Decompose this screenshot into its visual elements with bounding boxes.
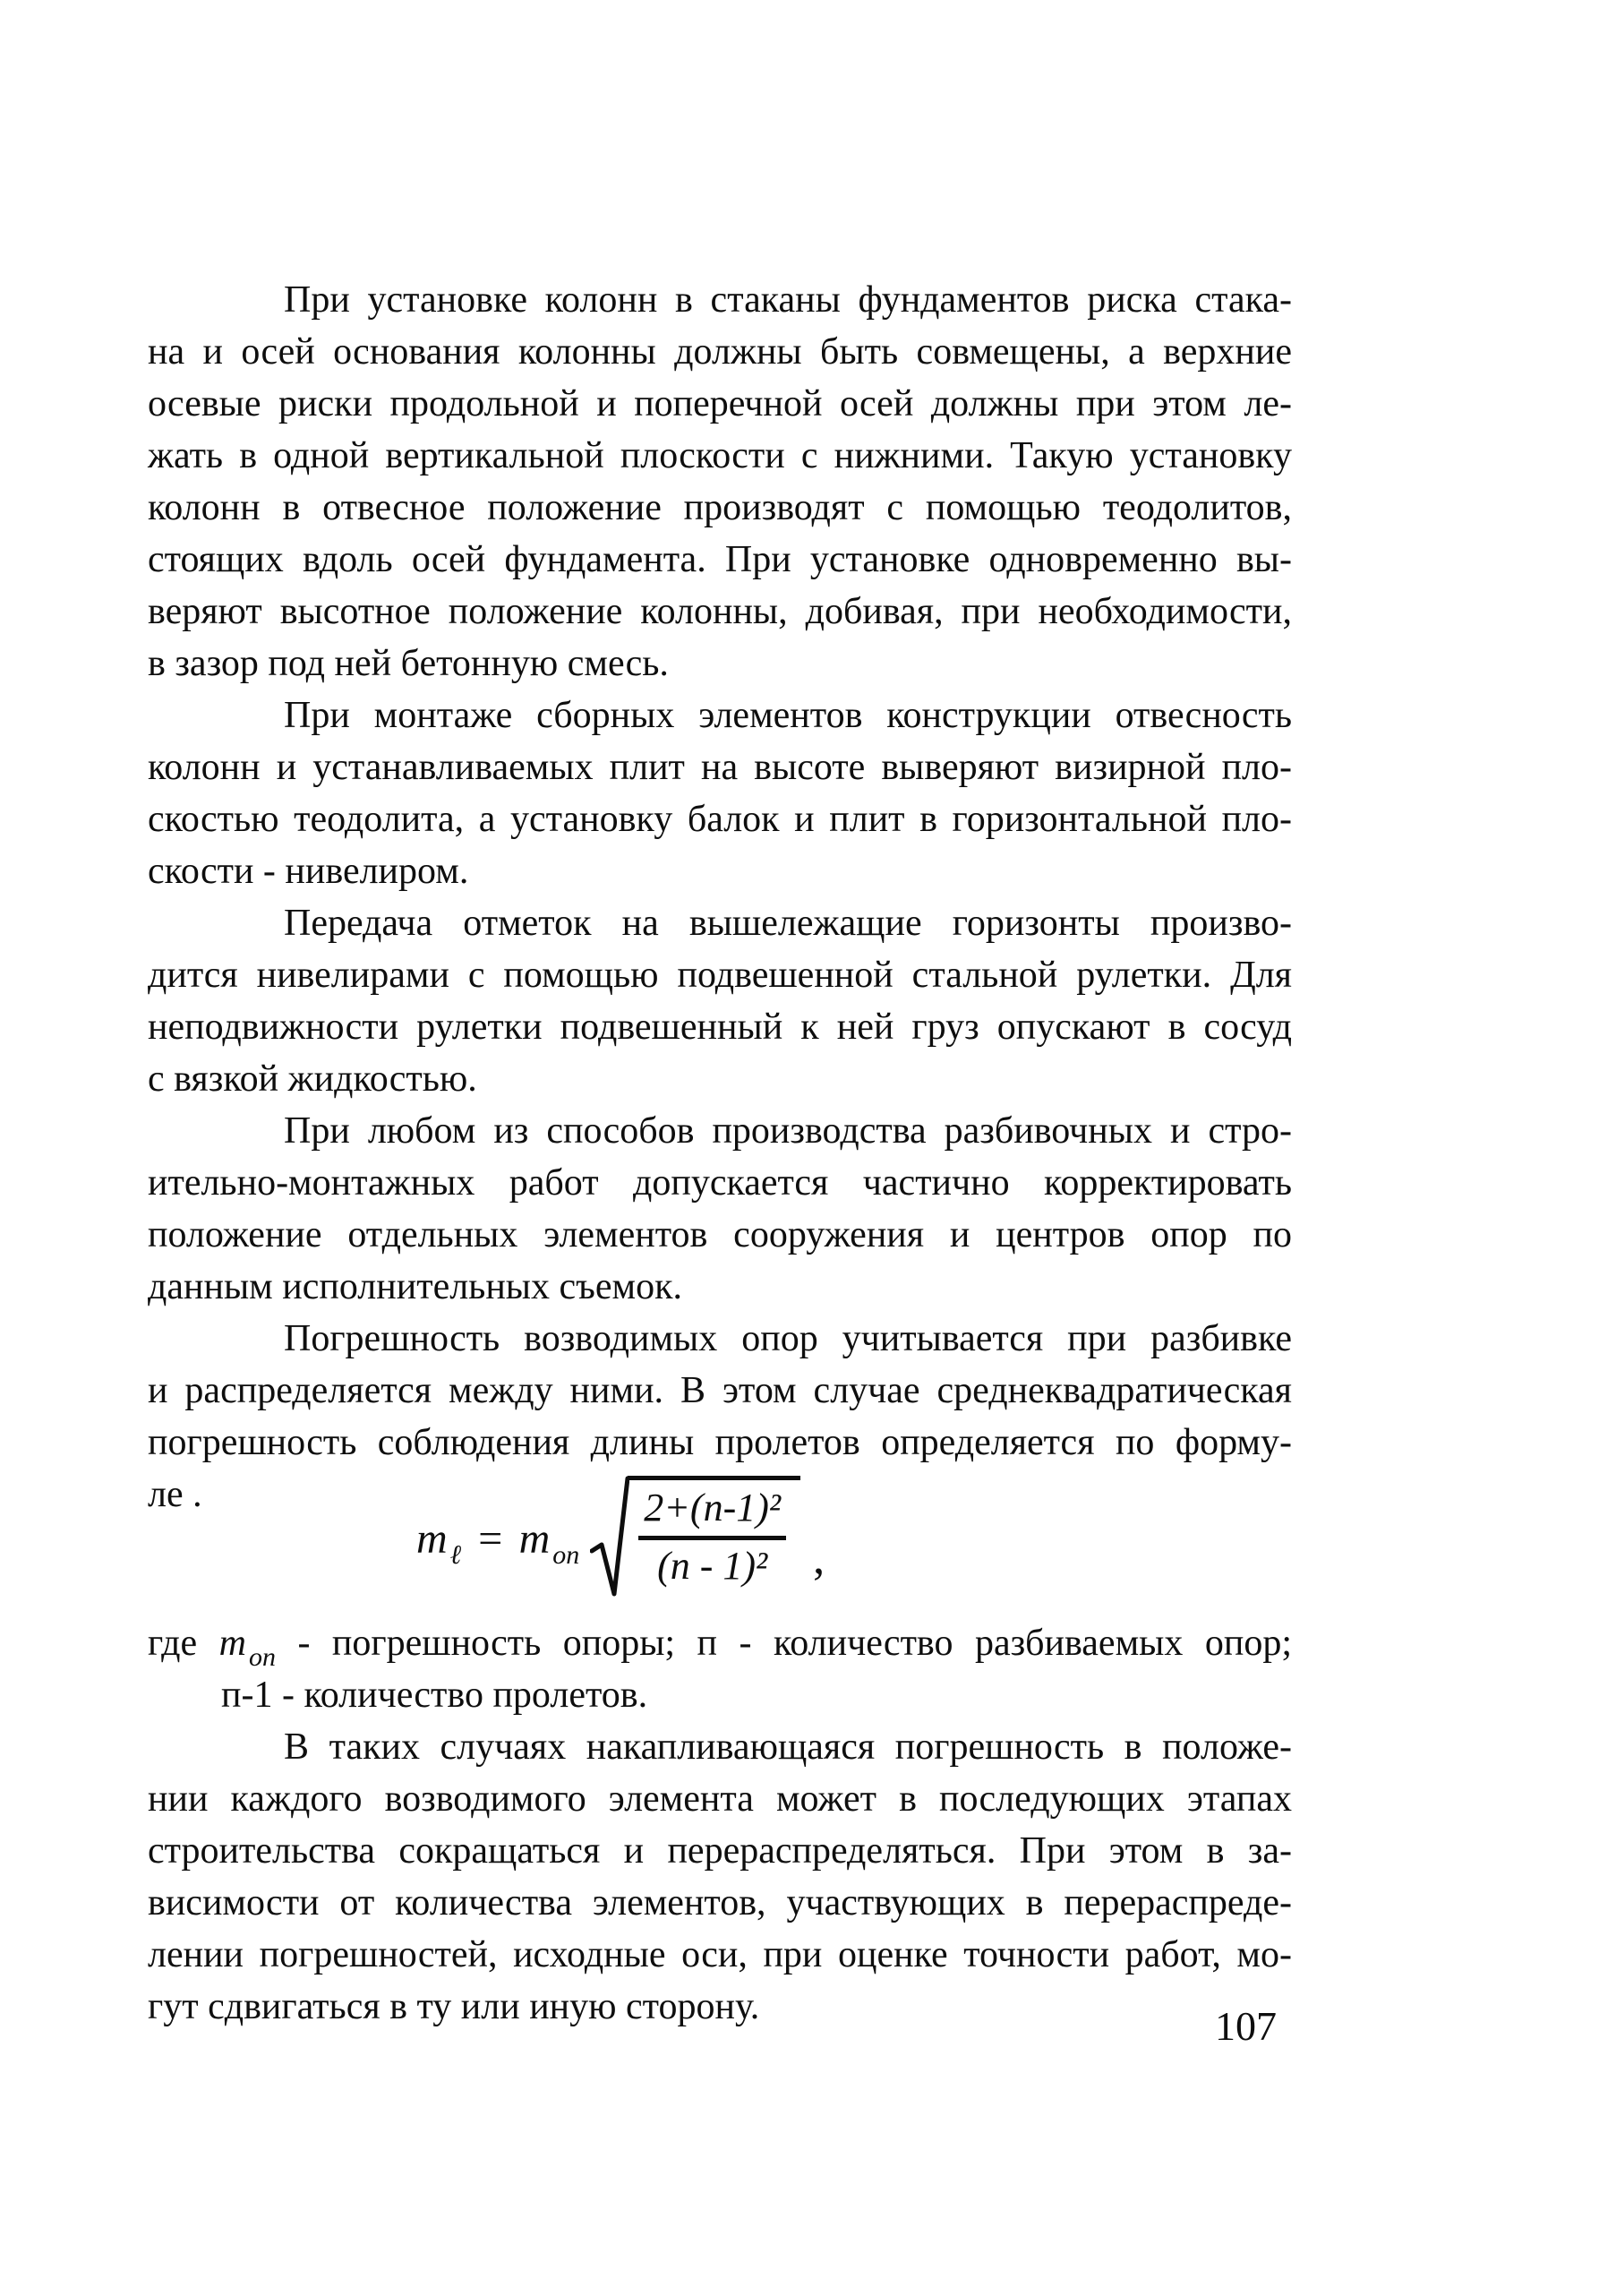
text-line: При любом из способов производства разби… (148, 1105, 1292, 1157)
text-block: При установке колонн в стаканы фундамент… (148, 274, 1292, 2033)
text-line: скости - нивелиром. (148, 845, 1292, 897)
formula-lhs: mℓ (416, 1518, 461, 1561)
text-line: в зазор под ней бетонную смесь. (148, 638, 1292, 690)
radical-sign-icon (590, 1476, 629, 1603)
text-line: гут сдвигаться в ту или иную сторону. (148, 1981, 1292, 2033)
text-line: нии каждого возводимого элемента может в… (148, 1773, 1292, 1825)
fraction: 2+(n-1)² (n - 1)² (628, 1476, 800, 1587)
equals-sign: = (475, 1518, 504, 1561)
paragraphs-top: При установке колонн в стаканы фундамент… (148, 274, 1292, 1521)
text-line: осевые риски продольной и поперечной осе… (148, 378, 1292, 430)
fraction-denominator: (n - 1)² (657, 1540, 767, 1587)
where-prefix: где (148, 1623, 219, 1664)
text-line: жать в одной вертикальной плоскости с ни… (148, 430, 1292, 482)
where-variable: mоп (219, 1617, 276, 1669)
formula-lhs-base: m (416, 1518, 448, 1561)
formula-trailing-comma: , (813, 1536, 825, 1582)
fraction-numerator: 2+(n-1)² (638, 1487, 786, 1540)
text-line: стоящих вдоль осей фундамента. При устан… (148, 534, 1292, 586)
text-line: колонн в отвесное положение производят с… (148, 482, 1292, 534)
formula-rhs-subscript: оп (552, 1542, 579, 1569)
text-line: Передача отметок на вышележащие горизонт… (148, 897, 1292, 949)
formula-legend-line-1: где mоп - погрешность опоры; п - количес… (148, 1617, 1292, 1669)
text-line: веряют высотное положение колонны, добив… (148, 586, 1292, 638)
text-line: и распределяется между ними. В этом случ… (148, 1365, 1292, 1417)
text-line: висимости от количества элементов, участ… (148, 1877, 1292, 1929)
text-line: При установке колонн в стаканы фундамент… (148, 274, 1292, 326)
scanned-document-page: При установке колонн в стаканы фундамент… (0, 0, 1616, 2296)
text-line: дится нивелирами с помощью подвешенной с… (148, 949, 1292, 1001)
formula-lhs-subscript: ℓ (450, 1542, 462, 1569)
page-number: 107 (1215, 2004, 1277, 2050)
formula-legend-line-2: п-1 - количество пролетов. (148, 1669, 1292, 1721)
text-line: скостью теодолита, а установку балок и п… (148, 793, 1292, 845)
text-line: положение отдельных элементов сооружения… (148, 1209, 1292, 1261)
text-line: Погрешность возводимых опор учитывается … (148, 1313, 1292, 1365)
text-line: на и осей основания колонны должны быть … (148, 326, 1292, 378)
text-line: строительства сокращаться и перераспреде… (148, 1825, 1292, 1877)
formula-row: mℓ = mоп 2+(n-1)² (n - 1)² , (148, 1521, 1292, 1617)
text-line: данным исполнительных съемок. (148, 1261, 1292, 1313)
formula-rhs-base: m (519, 1518, 551, 1561)
text-line: При монтаже сборных элементов конструкци… (148, 690, 1292, 741)
formula-rhs-coefficient: mоп (519, 1518, 580, 1561)
where-description: - погрешность опоры; п - количество разб… (276, 1623, 1292, 1664)
text-line: погрешность соблюдения длины пролетов оп… (148, 1417, 1292, 1469)
square-root: 2+(n-1)² (n - 1)² (590, 1476, 800, 1603)
paragraphs-bottom: В таких случаях накапливающаяся погрешно… (148, 1721, 1292, 2033)
where-variable-base: m (219, 1617, 246, 1669)
text-line: колонн и устанавливаемых плит на высоте … (148, 741, 1292, 793)
text-line: лении погрешностей, исходные оси, при оц… (148, 1929, 1292, 1981)
text-line: В таких случаях накапливающаяся погрешно… (148, 1721, 1292, 1773)
where-variable-subscript: оп (249, 1644, 276, 1671)
text-line: ительно-монтажных работ допускается част… (148, 1157, 1292, 1209)
text-line: с вязкой жидкостью. (148, 1053, 1292, 1105)
formula: mℓ = mоп 2+(n-1)² (n - 1)² , (416, 1476, 825, 1603)
text-line: неподвижности рулетки подвешенный к ней … (148, 1001, 1292, 1053)
